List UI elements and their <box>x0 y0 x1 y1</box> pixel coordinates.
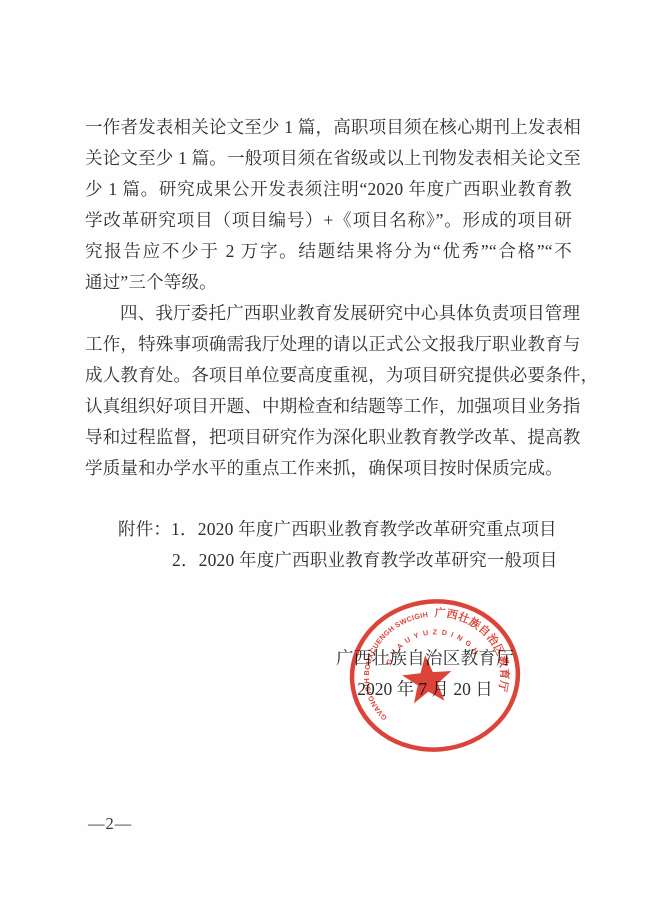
document-body: 一作者发表相关论文至少 1 篇，高职项目须在核心期刊上发表相 关论文至少 1 篇… <box>85 112 572 484</box>
attachment-list: 附件：1．2020 年度广西职业教育教学改革研究重点项目 2．2020 年度广西… <box>85 514 572 576</box>
body-line: 一作者发表相关论文至少 1 篇，高职项目须在核心期刊上发表相 <box>85 112 572 143</box>
body-line: 四、我厅委托广西职业教育发展研究中心具体负责项目管理 <box>85 298 572 329</box>
body-line: 导和过程监督，把项目研究作为深化职业教育教学改革、提高教 <box>85 422 572 453</box>
body-line: 学改革研究项目（项目编号）+《项目名称》”。形成的项目研 <box>85 205 572 236</box>
body-line: 认真组织好项目开题、中期检查和结题等工作，加强项目业务指 <box>85 391 572 422</box>
body-line: 通过”三个等级。 <box>85 267 572 298</box>
body-line: 成人教育处。各项目单位要高度重视，为项目研究提供必要条件， <box>85 360 572 391</box>
official-seal: GVANGJSIH BOUXCUENGH SWCIGIH 广西壮族自治区教育厅 … <box>343 591 528 761</box>
body-line: 学质量和办学水平的重点工作来抓，确保项目按时保质完成。 <box>85 453 572 484</box>
attachment-label: 附件： <box>118 519 171 539</box>
body-line: 究报告应不少于 2 万字。结题结果将分为“优秀”“合格”“不 <box>85 236 572 267</box>
body-line: 工作，特殊事项确需我厅处理的请以正式公文报我厅职业教育与 <box>85 329 572 360</box>
body-line: 少 1 篇。研究成果公开发表须注明“2020 年度广西职业教育教 <box>85 174 572 205</box>
body-line: 关论文至少 1 篇。一般项目须在省级或以上刊物发表相关论文至 <box>85 143 572 174</box>
attachment-item-text: 2．2020 年度广西职业教育教学改革研究一般项目 <box>172 550 558 570</box>
attachment-item-text: 1．2020 年度广西职业教育教学改革研究重点项目 <box>171 519 557 539</box>
seal-star-icon <box>401 653 454 704</box>
page-number: —2— <box>88 814 132 834</box>
attachment-item: 附件：1．2020 年度广西职业教育教学改革研究重点项目 <box>85 514 572 545</box>
attachment-item: 2．2020 年度广西职业教育教学改革研究一般项目 <box>85 545 572 576</box>
document-page: 一作者发表相关论文至少 1 篇，高职项目须在核心期刊上发表相 关论文至少 1 篇… <box>0 0 652 902</box>
